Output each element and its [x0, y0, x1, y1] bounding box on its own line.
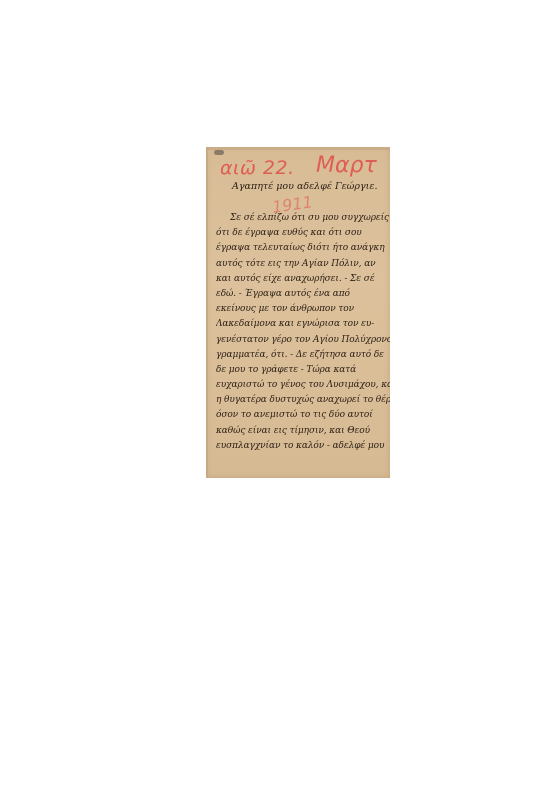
- letter-line: αυτός τότε εις την Αγίαν Πόλιν, αν: [216, 257, 390, 272]
- letter-line: η θυγατέρα δυστυχώς αναχωρεί το θέρος: [216, 393, 390, 408]
- letter-line: γραμματέα, ότι. - Δε εζήτησα αυτό δε: [216, 348, 390, 363]
- letter-line: έγραψα τελευταίως διότι ήτο ανάγκη: [216, 241, 390, 256]
- red-date-annotation: αιῶ 22.: [220, 157, 295, 179]
- letter-line: όσον το ανεμιστώ το τις δύο αυτοί: [216, 408, 390, 423]
- letter-line: δε μου το γράφετε - Τώρα κατά: [216, 363, 390, 378]
- letter-line: καθώς είναι εις τίμησιν, και Θεού: [216, 424, 390, 439]
- letter-line: ευσπλαγχνίαν το καλόν - αδελφέ μου: [216, 439, 390, 454]
- letter-line: ότι δε έγραψα ευθύς και ότι σου: [216, 226, 390, 241]
- letter-line: γενέστατον γέρο τον Αγίου Πολύχρονου: [216, 333, 390, 348]
- red-month-annotation: Μαρτ: [316, 153, 377, 178]
- paper-stain: [214, 150, 224, 155]
- letter-line: και αυτός είχε αναχωρήσει. - Σε σέ: [216, 272, 390, 287]
- letter-page: αιῶ 22. Μαρτ 1911 Αγαπητέ μου αδελφέ Γεώ…: [206, 147, 390, 478]
- letter-line: Λακεδαίμονα και εγνώρισα τον ευ-: [216, 317, 390, 332]
- letter-line: εκείνους με τον άνθρωπον τον: [216, 302, 390, 317]
- letter-line: εδώ. - Έγραψα αυτός ένα από: [216, 287, 390, 302]
- letter-line: ευχαριστώ το γένος του Λυσιμάχου, και: [216, 378, 390, 393]
- letter-salutation: Αγαπητέ μου αδελφέ Γεώργιε.: [232, 181, 378, 192]
- letter-body: Σε σέ ελπίζω ότι συ μου συγχωρείς ότι δε…: [216, 211, 390, 454]
- letter-line: Σε σέ ελπίζω ότι συ μου συγχωρείς: [216, 211, 390, 226]
